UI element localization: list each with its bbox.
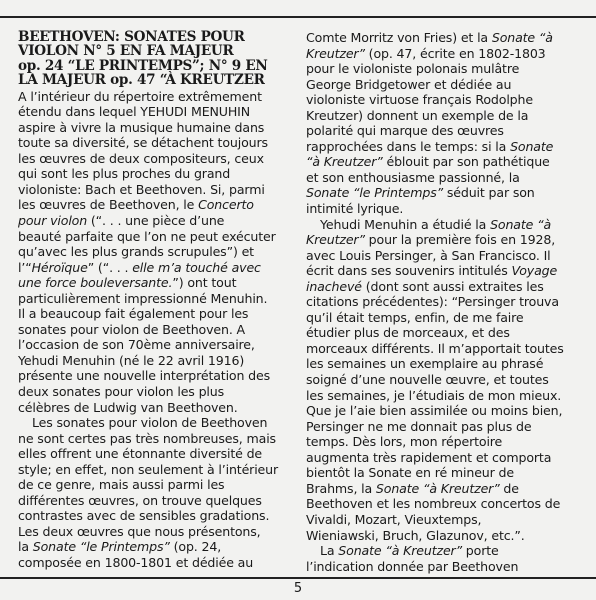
text-line: les œuvres de Beethoven, le Concerto xyxy=(18,197,300,213)
text-line: soigné d’une nouvelle œuvre, et toutes xyxy=(306,372,588,388)
text-line: les semaines, je l’étudiais de mon mieux… xyxy=(306,388,588,404)
text-line: présente une nouvelle interprétation des xyxy=(18,368,300,384)
text-line: pour violon (“. . . une pièce d’une xyxy=(18,213,300,229)
text-line: elles offrent une étonnante diversité de xyxy=(18,446,300,462)
text-line: qui sont les plus proches du grand xyxy=(18,166,300,182)
text-line: toute sa diversité, se détachent toujour… xyxy=(18,135,300,151)
text-run: les œuvres de deux compositeurs, ceux xyxy=(18,151,264,166)
italic-text: une force bouleversante. xyxy=(18,275,172,290)
text-line: Il a beaucoup fait également pour les xyxy=(18,306,300,322)
text-run: éblouit par son pathétique xyxy=(383,154,550,169)
text-line: Comte Morritz von Fries) et la Sonate “à xyxy=(306,30,588,46)
text-run: les œuvres de Beethoven, le xyxy=(18,197,198,212)
text-run: l’“ xyxy=(18,260,32,275)
text-line: particulièrement impressionné Menuhin. xyxy=(18,291,300,307)
text-line: A l’intérieur du répertoire extrêmement xyxy=(18,89,300,105)
italic-text: Concerto xyxy=(198,197,254,212)
text-run: rapprochées dans le temps: si la xyxy=(306,139,510,154)
text-run: particulièrement impressionné Menuhin. xyxy=(18,291,267,306)
text-line: Que je l’aie bien assimilée ou moins bie… xyxy=(306,403,588,419)
italic-text: Sonate “le Printemps” xyxy=(306,185,443,200)
text-run: de xyxy=(500,481,519,496)
text-run: polarité qui marque des œuvres xyxy=(306,123,504,138)
text-line: Persinger ne me donnait pas plus de xyxy=(306,419,588,435)
text-run: violoniste: Bach et Beethoven. Si, parmi xyxy=(18,182,265,197)
text-line: une force bouleversante.”) ont tout xyxy=(18,275,300,291)
text-line: l’“Héroïque” (“. . . elle m’a touché ave… xyxy=(18,260,300,276)
text-run: pour le violoniste polonais mulâtre xyxy=(306,61,519,76)
left-column-body: A l’intérieur du répertoire extrêmementé… xyxy=(18,89,300,571)
text-line: Wieniawski, Bruch, Glazunov, etc.”. xyxy=(306,528,588,544)
text-run: sonates pour violon de Beethoven. A xyxy=(18,322,245,337)
text-line: de ce genre, mais aussi parmi les xyxy=(18,477,300,493)
text-run: ne sont certes pas très nombreuses, mais xyxy=(18,431,276,446)
text-run: célèbres de Ludwig van Beethoven. xyxy=(18,400,238,415)
text-run: deux sonates pour violon les plus xyxy=(18,384,224,399)
text-line: bientôt la Sonate en ré mineur de xyxy=(306,465,588,481)
text-run: étendu dans lequel YEHUDI MENUHIN xyxy=(18,104,250,119)
text-run: Les sonates pour violon de Beethoven xyxy=(32,415,267,430)
text-line: Kreutzer” (op. 47, écrite en 1802-1803 xyxy=(306,46,588,62)
text-run: style; en effet, non seulement à l’intér… xyxy=(18,462,278,477)
italic-text: inachevé xyxy=(306,279,362,294)
text-run: Vivaldi, Mozart, Vieuxtemps, xyxy=(306,512,481,527)
text-run: intimité lyrique. xyxy=(306,201,403,216)
text-line: Sonate “le Printemps” séduit par son xyxy=(306,185,588,201)
text-run: A l’intérieur du répertoire extrêmement xyxy=(18,89,262,104)
text-run: toute sa diversité, se détachent toujour… xyxy=(18,135,268,150)
text-line: sonates pour violon de Beethoven. A xyxy=(18,322,300,338)
text-run: (op. 47, écrite en 1802-1803 xyxy=(365,46,546,61)
text-run: Wieniawski, Bruch, Glazunov, etc.”. xyxy=(306,528,525,543)
text-line: George Bridgetower et dédiée au xyxy=(306,77,588,93)
text-line: les œuvres de deux compositeurs, ceux xyxy=(18,151,300,167)
text-line: inachevé (dont sont aussi extraites les xyxy=(306,279,588,295)
text-run: porte xyxy=(462,543,499,558)
italic-text: Kreutzer” xyxy=(306,46,365,61)
title-line: op. 24 “LE PRINTEMPS”; N° 9 EN xyxy=(18,59,300,73)
italic-text: pour violon xyxy=(18,213,87,228)
text-run: Beethoven et les nombreux concertos de xyxy=(306,496,560,511)
text-line: violoniste virtuose français Rodolphe xyxy=(306,92,588,108)
text-run: temps. Dès lors, mon répertoire xyxy=(306,434,502,449)
text-run: beauté parfaite que l’on ne peut exécute… xyxy=(18,229,276,244)
italic-text: elle m’a touché avec xyxy=(132,260,261,275)
text-line: Yehudi Menuhin (né le 22 avril 1916) xyxy=(18,353,300,369)
text-run: citations précédentes): “Persinger trouv… xyxy=(306,294,559,309)
text-run: Les deux œuvres que nous présentons, xyxy=(18,524,261,539)
text-line: deux sonates pour violon les plus xyxy=(18,384,300,400)
text-run: ” (“. . . xyxy=(88,260,133,275)
text-run: violoniste virtuose français Rodolphe xyxy=(306,92,533,107)
text-line: rapprochées dans le temps: si la Sonate xyxy=(306,139,588,155)
text-line: pour le violoniste polonais mulâtre xyxy=(306,61,588,77)
text-run: de ce genre, mais aussi parmi les xyxy=(18,477,224,492)
text-line: style; en effet, non seulement à l’intér… xyxy=(18,462,300,478)
text-line: aspire à vivre la musique humaine dans xyxy=(18,120,300,136)
text-line: étudier plus de morceaux, et des xyxy=(306,325,588,341)
text-line: Vivaldi, Mozart, Vieuxtemps, xyxy=(306,512,588,528)
text-line: la Sonate “le Printemps” (op. 24, xyxy=(18,539,300,555)
text-run: (op. 24, xyxy=(170,539,221,554)
text-run: pour la première fois en 1928, xyxy=(365,232,555,247)
top-rule xyxy=(0,16,596,18)
text-line: Kreutzer) donnent un exemple de la xyxy=(306,108,588,124)
text-run: l’indication donnée par Beethoven xyxy=(306,559,518,574)
text-run: qu’avec les plus grands scrupules”) et xyxy=(18,244,254,259)
text-line: Beethoven et les nombreux concertos de xyxy=(306,496,588,512)
text-line: La Sonate “à Kreutzer” porte xyxy=(306,543,588,559)
text-run: composée en 1800-1801 et dédiée au xyxy=(18,555,253,570)
title-line: BEETHOVEN: SONATES POUR xyxy=(18,30,300,44)
text-line: célèbres de Ludwig van Beethoven. xyxy=(18,400,300,416)
text-run: soigné d’une nouvelle œuvre, et toutes xyxy=(306,372,549,387)
italic-text: Sonate xyxy=(510,139,553,154)
text-line: différentes œuvres, on trouve quelques xyxy=(18,493,300,509)
text-line: contrastes avec de sensibles gradations. xyxy=(18,508,300,524)
italic-text: Sonate “le Printemps” xyxy=(33,539,170,554)
left-column: BEETHOVEN: SONATES POUR VIOLON N° 5 EN F… xyxy=(18,30,300,571)
text-run: la xyxy=(18,539,33,554)
text-line: ne sont certes pas très nombreuses, mais xyxy=(18,431,300,447)
text-line: étendu dans lequel YEHUDI MENUHIN xyxy=(18,104,300,120)
text-run: ”) ont tout xyxy=(172,275,236,290)
text-run: contrastes avec de sensibles gradations. xyxy=(18,508,269,523)
italic-text: Sonate “à Kreutzer” xyxy=(338,543,462,558)
italic-text: Sonate “à Kreutzer” xyxy=(376,481,500,496)
text-run: morceaux différents. Il m’apportait tout… xyxy=(306,341,564,356)
text-run: bientôt la Sonate en ré mineur de xyxy=(306,465,514,480)
italic-text: Sonate “à xyxy=(490,217,551,232)
text-run: étudier plus de morceaux, et des xyxy=(306,325,510,340)
text-run: les semaines un exemplaire au phrasé xyxy=(306,356,543,371)
text-line: augmenta très rapidement et comporta xyxy=(306,450,588,466)
text-line: avec Louis Persinger, à San Francisco. I… xyxy=(306,248,588,264)
text-line: beauté parfaite que l’on ne peut exécute… xyxy=(18,229,300,245)
text-run: et son enthousiasme passionné, la xyxy=(306,170,520,185)
text-run: Yehudi Menuhin a étudié la xyxy=(320,217,490,232)
text-run: avec Louis Persinger, à San Francisco. I… xyxy=(306,248,551,263)
text-line: Les deux œuvres que nous présentons, xyxy=(18,524,300,540)
text-line: Les sonates pour violon de Beethoven xyxy=(18,415,300,431)
text-run: différentes œuvres, on trouve quelques xyxy=(18,493,262,508)
italic-text: Voyage xyxy=(512,263,558,278)
text-run: séduit par son xyxy=(443,185,535,200)
text-run: Persinger ne me donnait pas plus de xyxy=(306,419,531,434)
right-column-body: Comte Morritz von Fries) et la Sonate “à… xyxy=(306,30,588,574)
italic-text: Héroïque xyxy=(32,260,88,275)
right-column: Comte Morritz von Fries) et la Sonate “à… xyxy=(306,30,588,574)
article-title: BEETHOVEN: SONATES POUR VIOLON N° 5 EN F… xyxy=(18,30,300,88)
text-run: (“. . . une pièce d’une xyxy=(87,213,224,228)
text-run: Il a beaucoup fait également pour les xyxy=(18,306,248,321)
italic-text: Kreutzer” xyxy=(306,232,365,247)
text-line: intimité lyrique. xyxy=(306,201,588,217)
text-run: l’occasion de son 70ème anniversaire, xyxy=(18,337,255,352)
text-run: qui sont les plus proches du grand xyxy=(18,166,230,181)
text-line: citations précédentes): “Persinger trouv… xyxy=(306,294,588,310)
text-line: écrit dans ses souvenirs intitulés Voyag… xyxy=(306,263,588,279)
text-line: violoniste: Bach et Beethoven. Si, parmi xyxy=(18,182,300,198)
bottom-rule xyxy=(0,577,596,579)
text-run: Brahms, la xyxy=(306,481,376,496)
text-line: polarité qui marque des œuvres xyxy=(306,123,588,139)
italic-text: Sonate “à xyxy=(492,30,553,45)
text-line: “à Kreutzer” éblouit par son pathétique xyxy=(306,154,588,170)
text-run: Comte Morritz von Fries) et la xyxy=(306,30,492,45)
text-run: les semaines, je l’étudiais de mon mieux… xyxy=(306,388,561,403)
text-line: Yehudi Menuhin a étudié la Sonate “à xyxy=(306,217,588,233)
text-line: composée en 1800-1801 et dédiée au xyxy=(18,555,300,571)
text-run: augmenta très rapidement et comporta xyxy=(306,450,551,465)
page-number: 5 xyxy=(0,581,596,597)
text-run: La xyxy=(320,543,338,558)
text-line: morceaux différents. Il m’apportait tout… xyxy=(306,341,588,357)
text-line: les semaines un exemplaire au phrasé xyxy=(306,356,588,372)
text-run: écrit dans ses souvenirs intitulés xyxy=(306,263,512,278)
text-run: présente une nouvelle interprétation des xyxy=(18,368,270,383)
text-line: Brahms, la Sonate “à Kreutzer” de xyxy=(306,481,588,497)
text-line: temps. Dès lors, mon répertoire xyxy=(306,434,588,450)
text-run: aspire à vivre la musique humaine dans xyxy=(18,120,264,135)
text-line: l’indication donnée par Beethoven xyxy=(306,559,588,575)
text-run: Yehudi Menuhin (né le 22 avril 1916) xyxy=(18,353,244,368)
title-line: VIOLON N° 5 EN FA MAJEUR xyxy=(18,44,300,58)
text-line: Kreutzer” pour la première fois en 1928, xyxy=(306,232,588,248)
text-line: qu’il était temps, enfin, de me faire xyxy=(306,310,588,326)
text-line: qu’avec les plus grands scrupules”) et xyxy=(18,244,300,260)
text-run: elles offrent une étonnante diversité de xyxy=(18,446,262,461)
text-run: qu’il était temps, enfin, de me faire xyxy=(306,310,524,325)
text-line: et son enthousiasme passionné, la xyxy=(306,170,588,186)
text-run: George Bridgetower et dédiée au xyxy=(306,77,511,92)
title-line: LA MAJEUR op. 47 “À KREUTZER xyxy=(18,73,300,87)
text-run: Que je l’aie bien assimilée ou moins bie… xyxy=(306,403,562,418)
text-run: (dont sont aussi extraites les xyxy=(362,279,544,294)
text-run: Kreutzer) donnent un exemple de la xyxy=(306,108,528,123)
italic-text: “à Kreutzer” xyxy=(306,154,383,169)
text-line: l’occasion de son 70ème anniversaire, xyxy=(18,337,300,353)
